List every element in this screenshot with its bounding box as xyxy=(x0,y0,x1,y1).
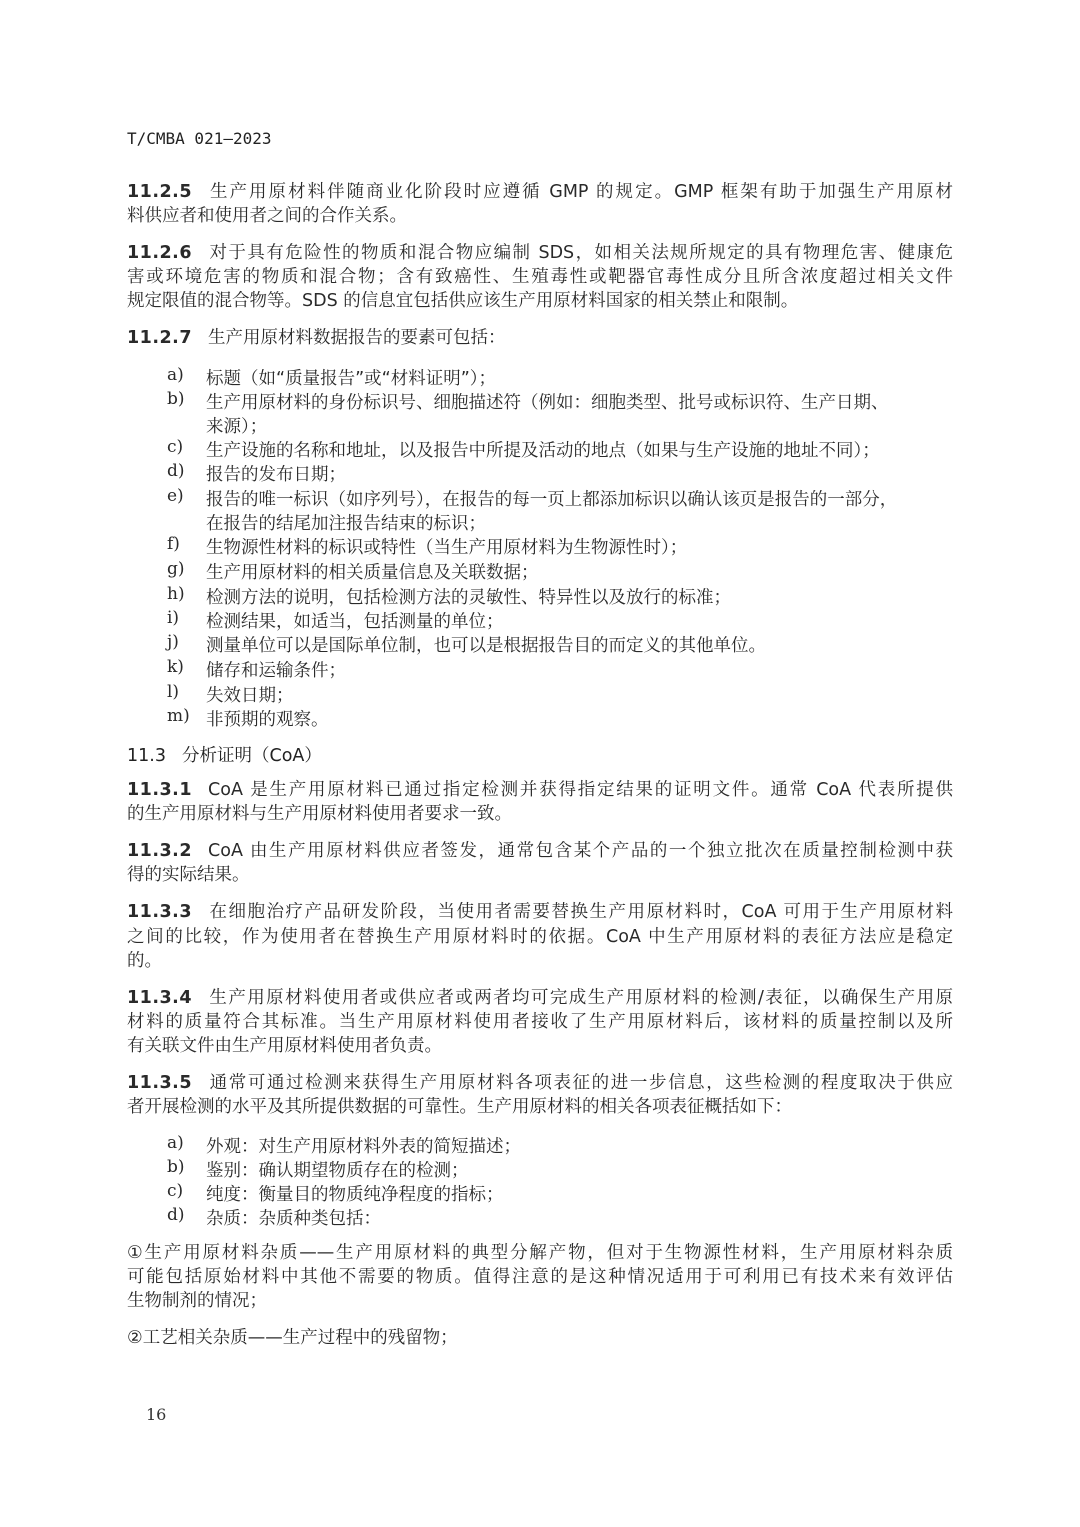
list-letter: h) xyxy=(167,584,185,604)
para-11-3-3-line3: 的。 xyxy=(127,950,162,972)
para-11-3-4-line2: 材料的质量符合其标准。当生产用原材料使用者接收了生产用原材料后，该材料的质量控制… xyxy=(127,1011,953,1033)
para-11-3-1-line2: 的生产用原材料与生产用原材料使用者要求一致。 xyxy=(127,803,512,825)
list-item-d: 报告的发布日期； xyxy=(206,461,346,486)
list-letter: b) xyxy=(167,389,185,409)
para-text: 在细胞治疗产品研发阶段，当使用者需要替换生产用原材料时，CoA 可用于生产用原材… xyxy=(208,902,953,922)
list-item-l: 失效日期； xyxy=(206,682,294,707)
list-letter: k) xyxy=(167,657,184,677)
list-letter: i) xyxy=(167,608,179,628)
clause-number: 11.2.5 xyxy=(127,182,192,202)
document-page: T/CMBA 021—2023 11.2.5生产用原材料伴随商业化阶段时应遵循 … xyxy=(0,0,1080,1527)
para-11-2-5-line1: 11.2.5生产用原材料伴随商业化阶段时应遵循 GMP 的规定。GMP 框架有助… xyxy=(127,181,953,203)
para-text: 通常可通过检测来获得生产用原材料各项表征的进一步信息，这些检测的程度取决于供应 xyxy=(208,1073,953,1093)
para-11-3-3-line1: 11.3.3在细胞治疗产品研发阶段，当使用者需要替换生产用原材料时，CoA 可用… xyxy=(127,901,953,923)
char-item-d: 杂质：杂质种类包括： xyxy=(206,1205,381,1230)
page-number: 16 xyxy=(146,1405,166,1424)
list-item-e: 报告的唯一标识（如序列号），在报告的每一页上都添加标识以确认该页是报告的一部分， xyxy=(206,486,897,511)
clause-number: 11.3.1 xyxy=(127,780,192,800)
para-text: 生产用原材料数据报告的要素可包括： xyxy=(208,328,506,348)
list-item-k: 储存和运输条件； xyxy=(206,657,346,682)
list-letter: d) xyxy=(167,1205,185,1225)
para-text: CoA 是生产用原材料已通过指定检测并获得指定结果的证明文件。通常 CoA 代表… xyxy=(208,780,953,800)
para-text: 生产用原材料伴随商业化阶段时应遵循 GMP 的规定。GMP 框架有助于加强生产用… xyxy=(208,182,953,202)
standard-code: T/CMBA 021—2023 xyxy=(127,129,272,148)
para-11-2-7-intro: 11.2.7生产用原材料数据报告的要素可包括： xyxy=(127,327,506,349)
para-11-3-4-line3: 有关联文件由生产用原材料使用者负责。 xyxy=(127,1035,442,1057)
char-item-a: 外观：对生产用原材料外表的简短描述； xyxy=(206,1133,521,1158)
list-letter: c) xyxy=(167,1181,183,1201)
list-letter: j) xyxy=(167,632,179,652)
para-11-3-5-line1: 11.3.5通常可通过检测来获得生产用原材料各项表征的进一步信息，这些检测的程度… xyxy=(127,1072,953,1094)
section-heading-11-3: 11.3分析证明（CoA） xyxy=(127,742,322,767)
para-11-3-1-line1: 11.3.1CoA 是生产用原材料已通过指定检测并获得指定结果的证明文件。通常 … xyxy=(127,779,953,801)
impurity-2-line1: ②工艺相关杂质——生产过程中的残留物； xyxy=(127,1327,458,1349)
clause-number: 11.3.2 xyxy=(127,841,192,861)
list-item-i: 检测结果，如适当，包括测量的单位； xyxy=(206,608,504,633)
para-11-2-5-line2: 料供应者和使用者之间的合作关系。 xyxy=(127,205,407,227)
list-letter: b) xyxy=(167,1157,185,1177)
list-letter: d) xyxy=(167,461,185,481)
list-item-f: 生物源性材料的标识或特性（当生产用原材料为生物源性时）； xyxy=(206,534,687,559)
list-letter: f) xyxy=(167,534,180,554)
para-text: 对于具有危险性的物质和混合物应编制 SDS，如相关法规所规定的具有物理危害、健康… xyxy=(208,243,953,263)
list-item-g: 生产用原材料的相关质量信息及关联数据； xyxy=(206,559,539,584)
para-11-3-3-line2: 之间的比较，作为使用者在替换生产用原材料时的依据。CoA 中生产用原材料的表征方… xyxy=(127,926,953,948)
para-11-2-6-line2: 害或环境危害的物质和混合物；含有致癌性、生殖毒性或靶器官毒性成分且所含浓度超过相… xyxy=(127,266,953,288)
char-item-b: 鉴别：确认期望物质存在的检测； xyxy=(206,1157,469,1182)
list-item-b-cont: 来源）； xyxy=(206,413,267,438)
clause-number: 11.3.3 xyxy=(127,902,192,922)
list-letter: g) xyxy=(167,559,185,579)
list-letter: e) xyxy=(167,486,184,506)
list-letter: a) xyxy=(167,1133,184,1153)
list-item-e-cont: 在报告的结尾加注报告结束的标识； xyxy=(206,510,486,535)
clause-number: 11.2.6 xyxy=(127,243,192,263)
clause-number: 11.2.7 xyxy=(127,328,192,348)
para-11-2-6-line3: 规定限值的混合物等。SDS 的信息宜包括供应该生产用原材料国家的相关禁止和限制。 xyxy=(127,290,798,312)
impurity-1-line3: 生物制剂的情况； xyxy=(127,1290,267,1312)
list-item-c: 生产设施的名称和地址，以及报告中所提及活动的地点（如果与生产设施的地址不同）； xyxy=(206,437,880,462)
list-item-a: 标题（如“质量报告”或“材料证明”）； xyxy=(206,365,496,390)
list-item-h: 检测方法的说明，包括检测方法的灵敏性、特异性以及放行的标准； xyxy=(206,584,731,609)
section-number: 11.3 xyxy=(127,746,166,766)
list-letter: m) xyxy=(167,706,190,726)
char-item-c: 纯度：衡量目的物质纯净程度的指标； xyxy=(206,1181,504,1206)
section-title: 分析证明（CoA） xyxy=(182,746,322,766)
para-11-2-6-line1: 11.2.6对于具有危险性的物质和混合物应编制 SDS，如相关法规所规定的具有物… xyxy=(127,242,953,264)
list-item-j: 测量单位可以是国际单位制，也可以是根据报告目的而定义的其他单位。 xyxy=(206,632,766,657)
list-item-b: 生产用原材料的身份标识号、细胞描述符（例如：细胞类型、批号或标识符、生产日期、 xyxy=(206,389,889,414)
clause-number: 11.3.5 xyxy=(127,1073,192,1093)
impurity-1-line1: ①生产用原材料杂质——生产用原材料的典型分解产物，但对于生物源性材料，生产用原材… xyxy=(127,1242,953,1264)
para-text: 生产用原材料使用者或供应者或两者均可完成生产用原材料的检测/表征，以确保生产用原 xyxy=(208,988,953,1008)
para-11-3-5-line2: 者开展检测的水平及其所提供数据的可靠性。生产用原材料的相关各项表征概括如下： xyxy=(127,1096,792,1118)
list-letter: a) xyxy=(167,365,184,385)
impurity-1-line2: 可能包括原始材料中其他不需要的物质。值得注意的是这种情况适用于可利用已有技术来有… xyxy=(127,1266,953,1288)
para-text: CoA 由生产用原材料供应者签发，通常包含某个产品的一个独立批次在质量控制检测中… xyxy=(208,841,953,861)
para-11-3-2-line2: 得的实际结果。 xyxy=(127,864,250,886)
list-item-m: 非预期的观察。 xyxy=(206,706,329,731)
para-11-3-2-line1: 11.3.2CoA 由生产用原材料供应者签发，通常包含某个产品的一个独立批次在质… xyxy=(127,840,953,862)
clause-number: 11.3.4 xyxy=(127,988,192,1008)
list-letter: c) xyxy=(167,437,183,457)
para-11-3-4-line1: 11.3.4生产用原材料使用者或供应者或两者均可完成生产用原材料的检测/表征，以… xyxy=(127,987,953,1009)
list-letter: l) xyxy=(167,682,179,702)
